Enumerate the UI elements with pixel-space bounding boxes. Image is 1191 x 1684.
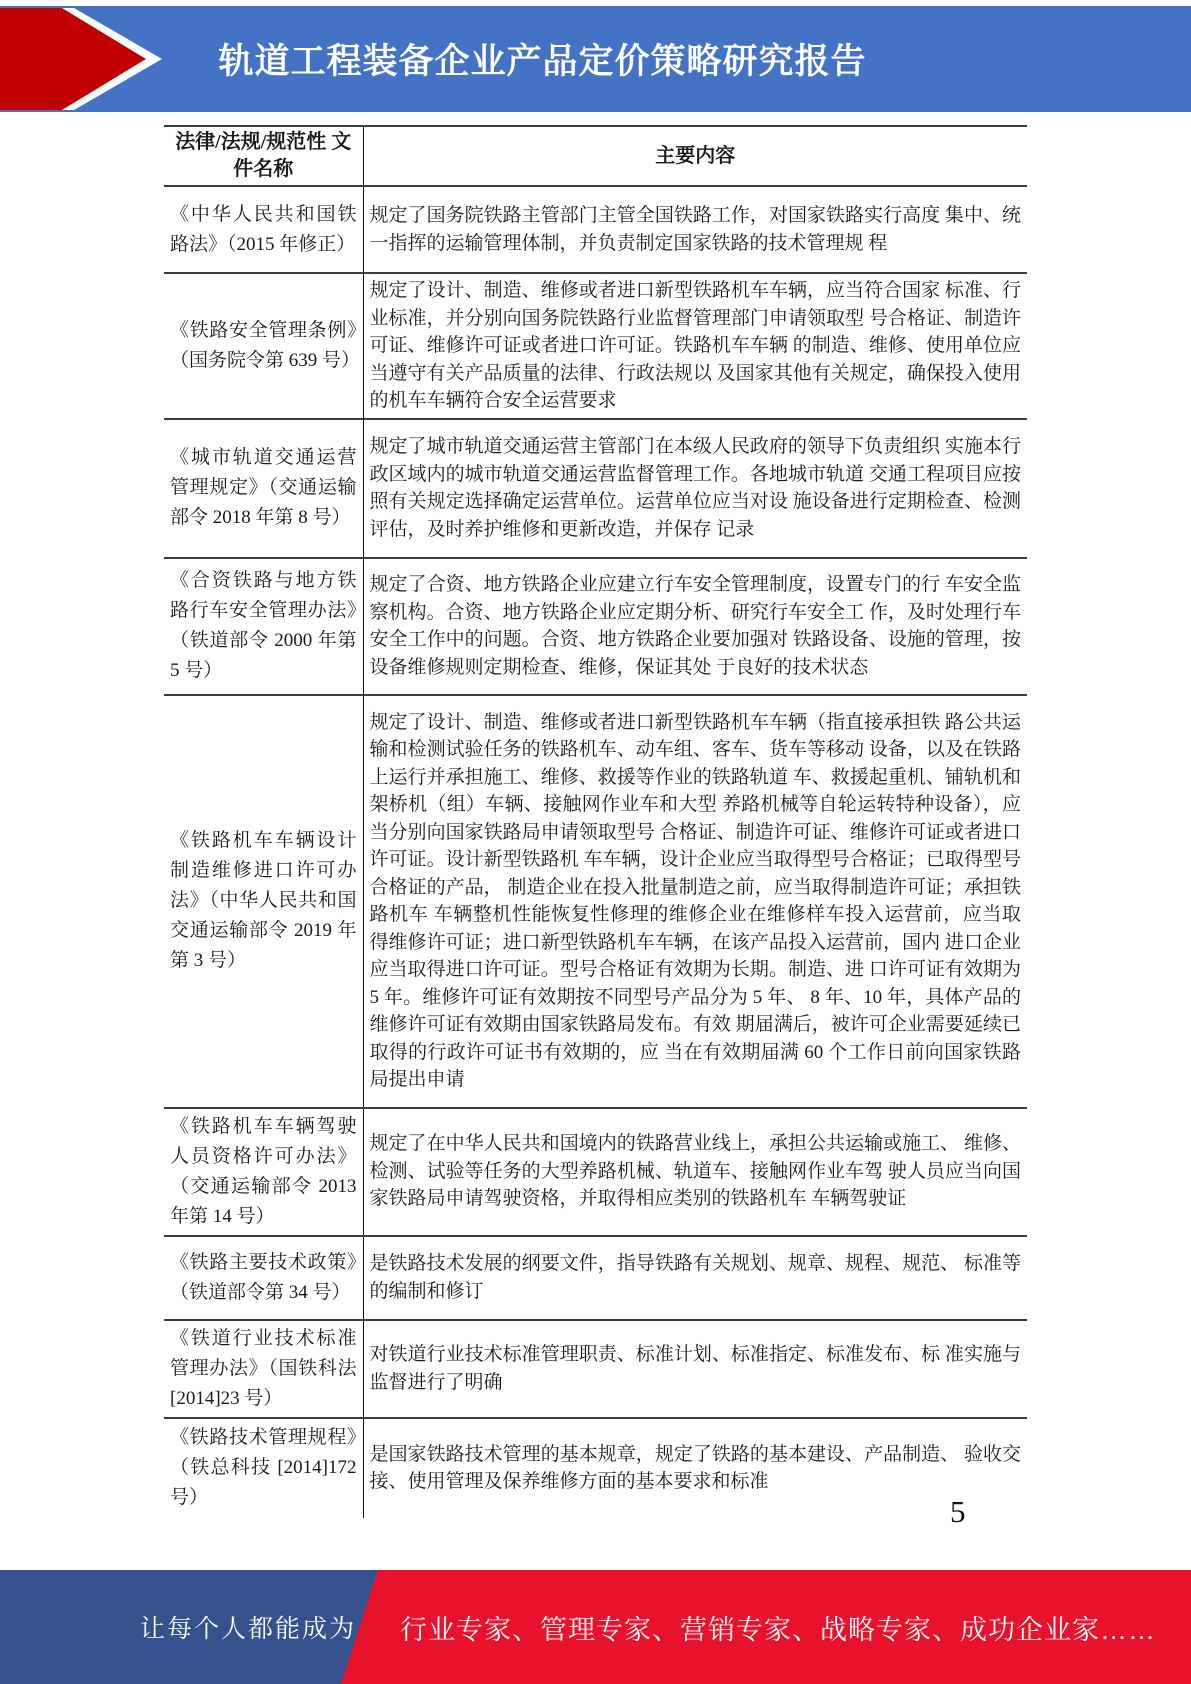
law-name-cell: 《铁路安全管理条例》（国务院令第 639 号） bbox=[164, 273, 363, 419]
header-banner: 轨道工程装备企业产品定价策略研究报告 bbox=[0, 6, 1191, 112]
content-cell: 规定了在中华人民共和国境内的铁路营业线上，承担公共运输或施工、 维修、检测、试验… bbox=[363, 1108, 1027, 1236]
law-name-cell: 《铁路机车车辆驾驶人员资格许可办法》（交通运输部令 2013 年第 14 号） bbox=[164, 1108, 363, 1236]
content-cell: 是国家铁路技术管理的基本规章，规定了铁路的基本建设、产品制造、 验收交接、使用管… bbox=[363, 1418, 1027, 1518]
table-row: 《铁路机车车辆设计制造维修进口许可办法》（中华人民共和国交通运输部令 2019 … bbox=[164, 695, 1027, 1108]
table-row: 《城市轨道交通运营管理规定》（交通运输部令 2018 年第 8 号） 规定了城市… bbox=[164, 419, 1027, 558]
law-name-cell: 《合资铁路与地方铁路行车安全管理办法》（铁道部令 2000 年第 5 号） bbox=[164, 558, 363, 695]
table-header-row: 法律/法规/规范性 文件名称 主要内容 bbox=[164, 126, 1027, 186]
page-number: 5 bbox=[950, 1494, 966, 1530]
law-name-cell: 《铁路主要技术政策》（铁道部令第 34 号） bbox=[164, 1236, 363, 1320]
content-cell: 是铁路技术发展的纲要文件，指导铁路有关规划、规章、规程、规范、 标准等的编制和修… bbox=[363, 1236, 1027, 1320]
content-cell: 规定了设计、制造、维修或者进口新型铁路机车车辆（指直接承担铁 路公共运输和检测试… bbox=[363, 695, 1027, 1108]
content-cell: 规定了设计、制造、维修或者进口新型铁路机车车辆，应当符合国家 标准、行业标准，并… bbox=[363, 273, 1027, 419]
content-cell: 规定了城市轨道交通运营主管部门在本级人民政府的领导下负责组织 实施本行政区域内的… bbox=[363, 419, 1027, 558]
footer-banner: 让每个人都能成为 行业专家、管理专家、营销专家、战略专家、成功企业家…… bbox=[0, 1570, 1191, 1684]
table-row: 《铁道行业技术标准管理办法》（国铁科法[2014]23 号） 对铁道行业技术标准… bbox=[164, 1320, 1027, 1418]
law-name-cell: 《城市轨道交通运营管理规定》（交通运输部令 2018 年第 8 号） bbox=[164, 419, 363, 558]
table-row: 《铁路机车车辆驾驶人员资格许可办法》（交通运输部令 2013 年第 14 号） … bbox=[164, 1108, 1027, 1236]
regulations-table: 法律/法规/规范性 文件名称 主要内容 《中华人民共和国铁路法》（2015 年修… bbox=[164, 125, 1027, 1518]
table-row: 《中华人民共和国铁路法》（2015 年修正） 规定了国务院铁路主管部门主管全国铁… bbox=[164, 186, 1027, 273]
law-name-cell: 《铁路技术管理规程》（铁总科技 [2014]172 号） bbox=[164, 1418, 363, 1518]
column-header-main-content: 主要内容 bbox=[363, 126, 1027, 186]
table-row: 《合资铁路与地方铁路行车安全管理办法》（铁道部令 2000 年第 5 号） 规定… bbox=[164, 558, 1027, 695]
column-header-document-name: 法律/法规/规范性 文件名称 bbox=[164, 126, 363, 186]
content-cell: 规定了国务院铁路主管部门主管全国铁路工作，对国家铁路实行高度 集中、统一指挥的运… bbox=[363, 186, 1027, 273]
red-chevron-arrow-icon bbox=[0, 6, 170, 112]
table-row: 《铁路安全管理条例》（国务院令第 639 号） 规定了设计、制造、维修或者进口新… bbox=[164, 273, 1027, 419]
law-name-cell: 《中华人民共和国铁路法》（2015 年修正） bbox=[164, 186, 363, 273]
content-cell: 对铁道行业技术标准管理职责、标准计划、标准指定、标准发布、标 准实施与监督进行了… bbox=[363, 1320, 1027, 1418]
report-page: 轨道工程装备企业产品定价策略研究报告 法律/法规/规范性 文件名称 主要内容 《… bbox=[0, 0, 1191, 1684]
table-row: 《铁路主要技术政策》（铁道部令第 34 号） 是铁路技术发展的纲要文件，指导铁路… bbox=[164, 1236, 1027, 1320]
footer-slogan-left: 让每个人都能成为 bbox=[140, 1570, 356, 1684]
law-name-cell: 《铁道行业技术标准管理办法》（国铁科法[2014]23 号） bbox=[164, 1320, 363, 1418]
table-row: 《铁路技术管理规程》（铁总科技 [2014]172 号） 是国家铁路技术管理的基… bbox=[164, 1418, 1027, 1518]
footer-slogan-right: 行业专家、管理专家、营销专家、战略专家、成功企业家…… bbox=[400, 1570, 1156, 1684]
page-title: 轨道工程装备企业产品定价策略研究报告 bbox=[170, 6, 915, 112]
law-name-cell: 《铁路机车车辆设计制造维修进口许可办法》（中华人民共和国交通运输部令 2019 … bbox=[164, 695, 363, 1108]
content-cell: 规定了合资、地方铁路企业应建立行车安全管理制度，设置专门的行 车安全监察机构。合… bbox=[363, 558, 1027, 695]
